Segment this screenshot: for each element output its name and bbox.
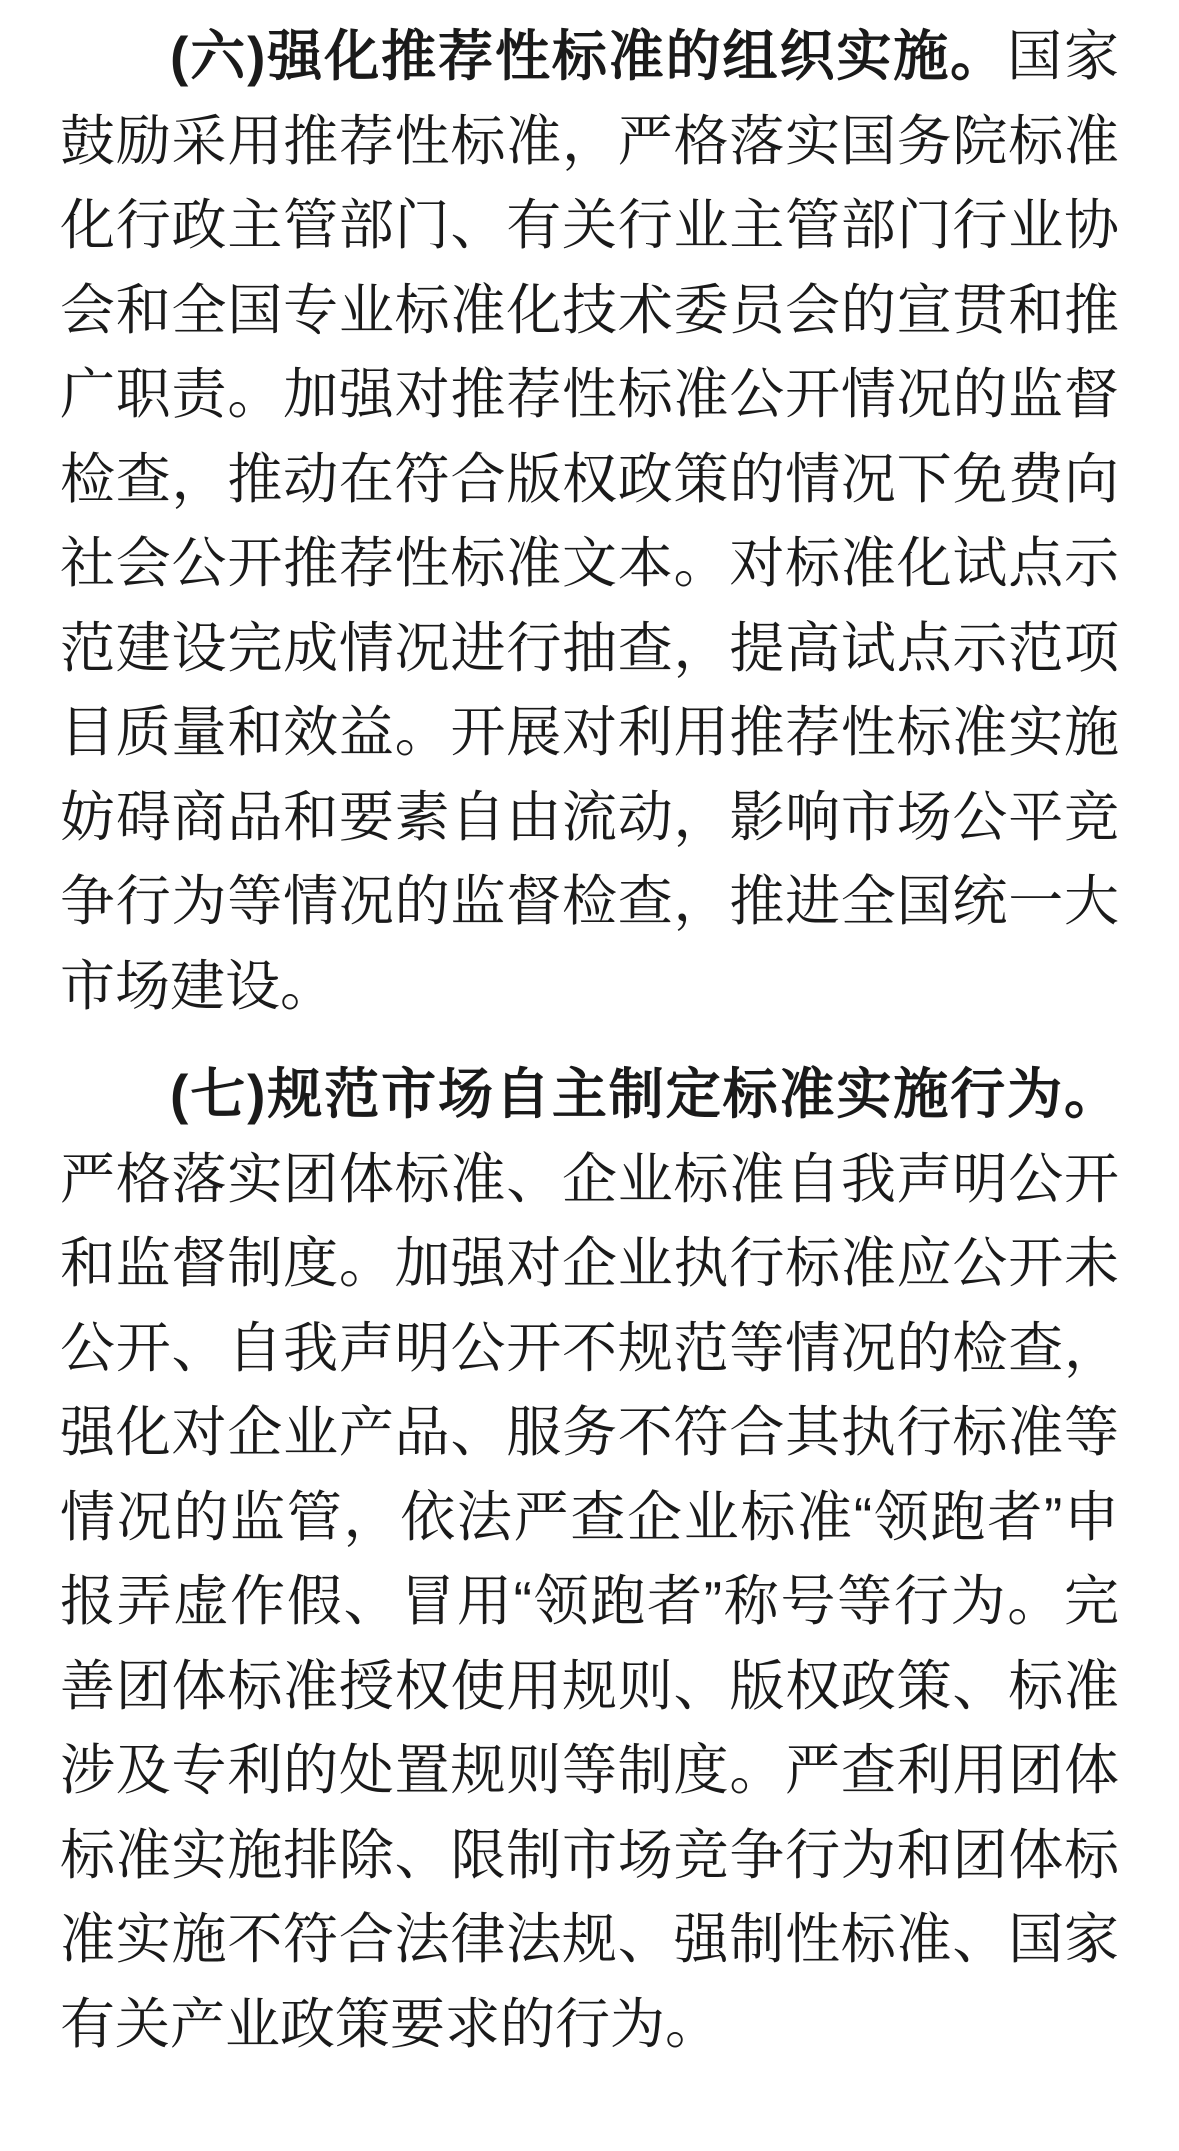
- paragraph-6-body: 国家鼓励采用推荐性标准，严格落实国务院标准化行政主管部门、有关行业主管部门行业协…: [60, 25, 1119, 1017]
- paragraph-section-6: (六)强化推荐性标准的组织实施。国家鼓励采用推荐性标准，严格落实国务院标准化行政…: [60, 14, 1119, 1028]
- paragraph-7-body: 严格落实团体标准、企业标准自我声明公开和监督制度。加强对企业执行标准应公开未公开…: [60, 1148, 1119, 2055]
- paragraph-7-heading: (七)规范市场自主制定标准实施行为。: [170, 1063, 1119, 1125]
- article-body: (六)强化推荐性标准的组织实施。国家鼓励采用推荐性标准，严格落实国务院标准化行政…: [0, 0, 1179, 2066]
- paragraph-6-heading: (六)强化推荐性标准的组织实施。: [170, 25, 1007, 87]
- paragraph-section-7: (七)规范市场自主制定标准实施行为。严格落实团体标准、企业标准自我声明公开和监督…: [60, 1052, 1119, 2066]
